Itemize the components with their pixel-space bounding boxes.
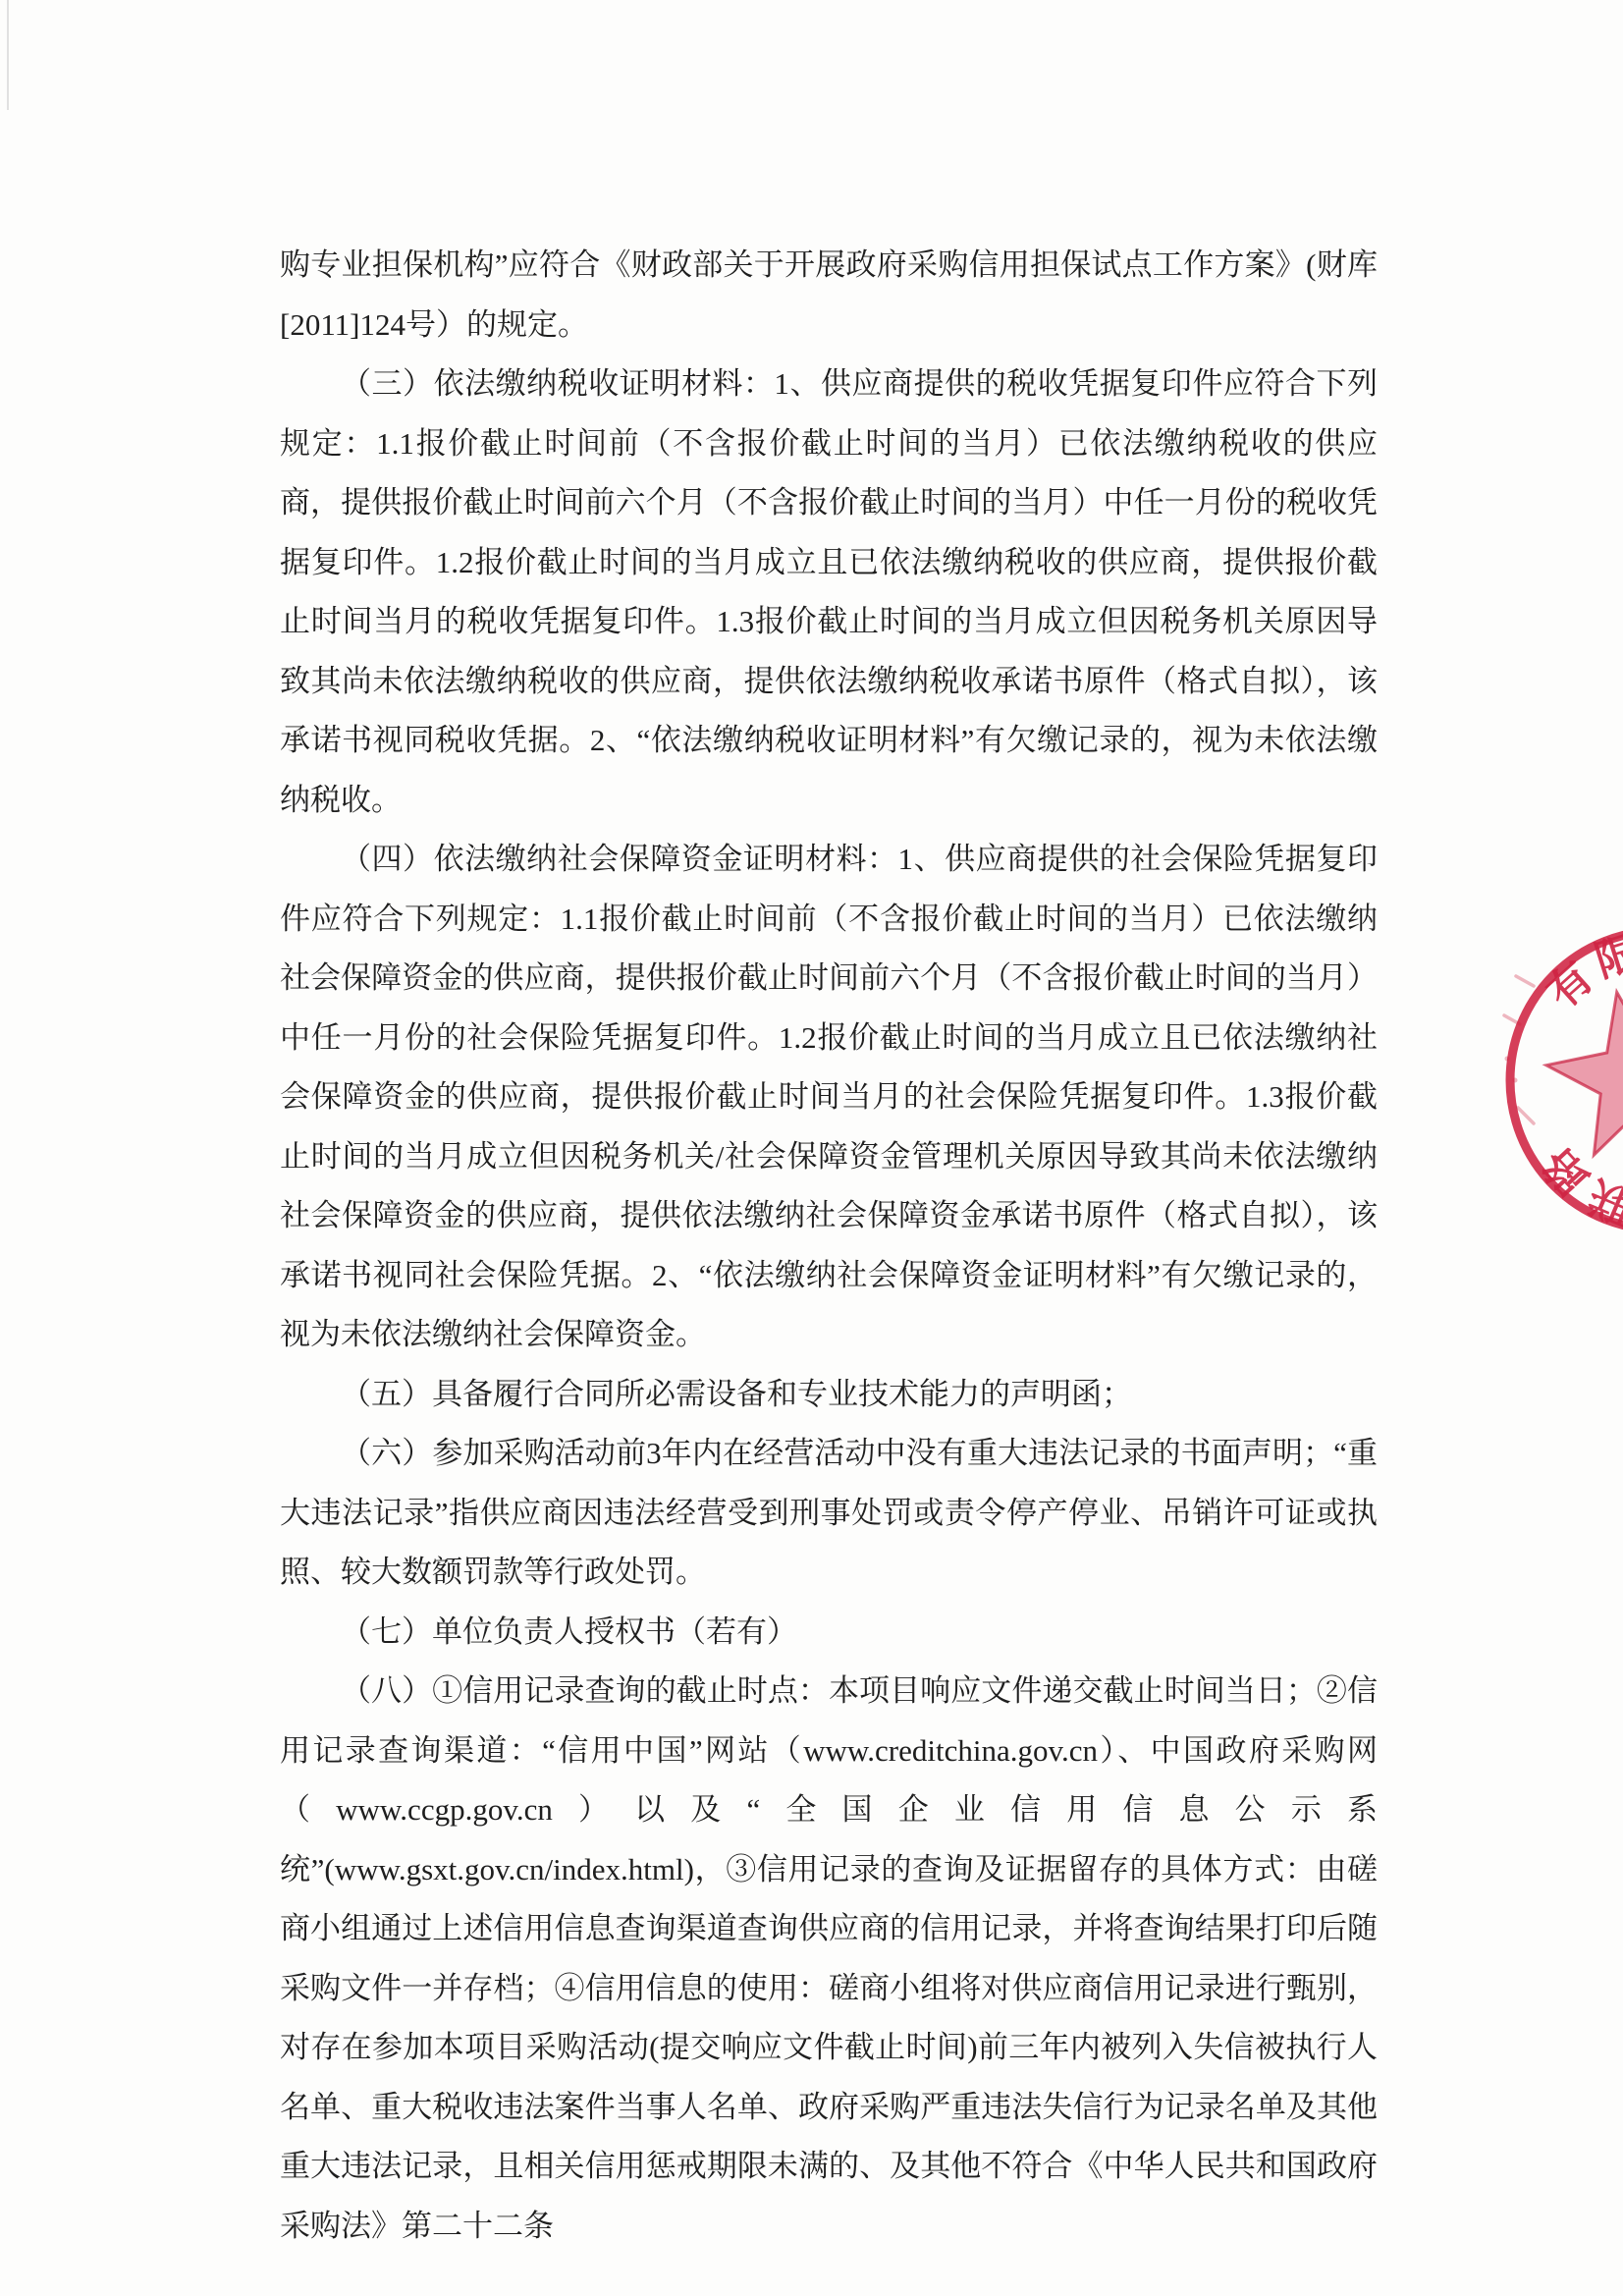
svg-text:有限公司: 有限公司 — [1539, 924, 1623, 1017]
document-paragraph: 购专业担保机构”应符合《财政部关于开展政府采购信用担保试点工作方案》(财库[20… — [280, 236, 1378, 355]
document-paragraph: （五）具备履行合同所必需设备和专业技术能力的声明函； — [280, 1365, 1378, 1425]
document-paragraph: （七）单位负责人授权书（若有） — [280, 1603, 1378, 1663]
seal-ring-text-top: 有限公司 — [1539, 924, 1623, 1017]
document-paragraph: （六）参加采购活动前3年内在经营活动中没有重大违法记录的书面声明；“重大违法记录… — [280, 1424, 1378, 1603]
document-paragraph: （三）依法缴纳税收证明材料：1、供应商提供的税收凭据复印件应符合下列规定：1.1… — [280, 355, 1378, 830]
star-icon — [1546, 992, 1623, 1155]
seal-ring — [1510, 931, 1623, 1230]
seal-worn-marks — [1504, 976, 1534, 1123]
document-paragraph: （四）依法缴纳社会保障资金证明材料：1、供应商提供的社会保险凭据复印件应符合下列… — [280, 830, 1378, 1365]
seal-ring-text-bottom: 联路 — [1530, 1134, 1623, 1231]
document-body-text: 购专业担保机构”应符合《财政部关于开展政府采购信用担保试点工作方案》(财库[20… — [280, 236, 1378, 2256]
svg-text:联路: 联路 — [1530, 1134, 1623, 1231]
company-seal-stamp: 有限公司 联路 — [1492, 913, 1623, 1247]
scan-edge-artifact — [7, 0, 9, 110]
scanned-document-page: 购专业担保机构”应符合《财政部关于开展政府采购信用担保试点工作方案》(财库[20… — [0, 0, 1623, 2296]
document-paragraph: （八）①信用记录查询的截止时点：本项目响应文件递交截止时间当日；②信用记录查询渠… — [280, 1662, 1378, 2256]
